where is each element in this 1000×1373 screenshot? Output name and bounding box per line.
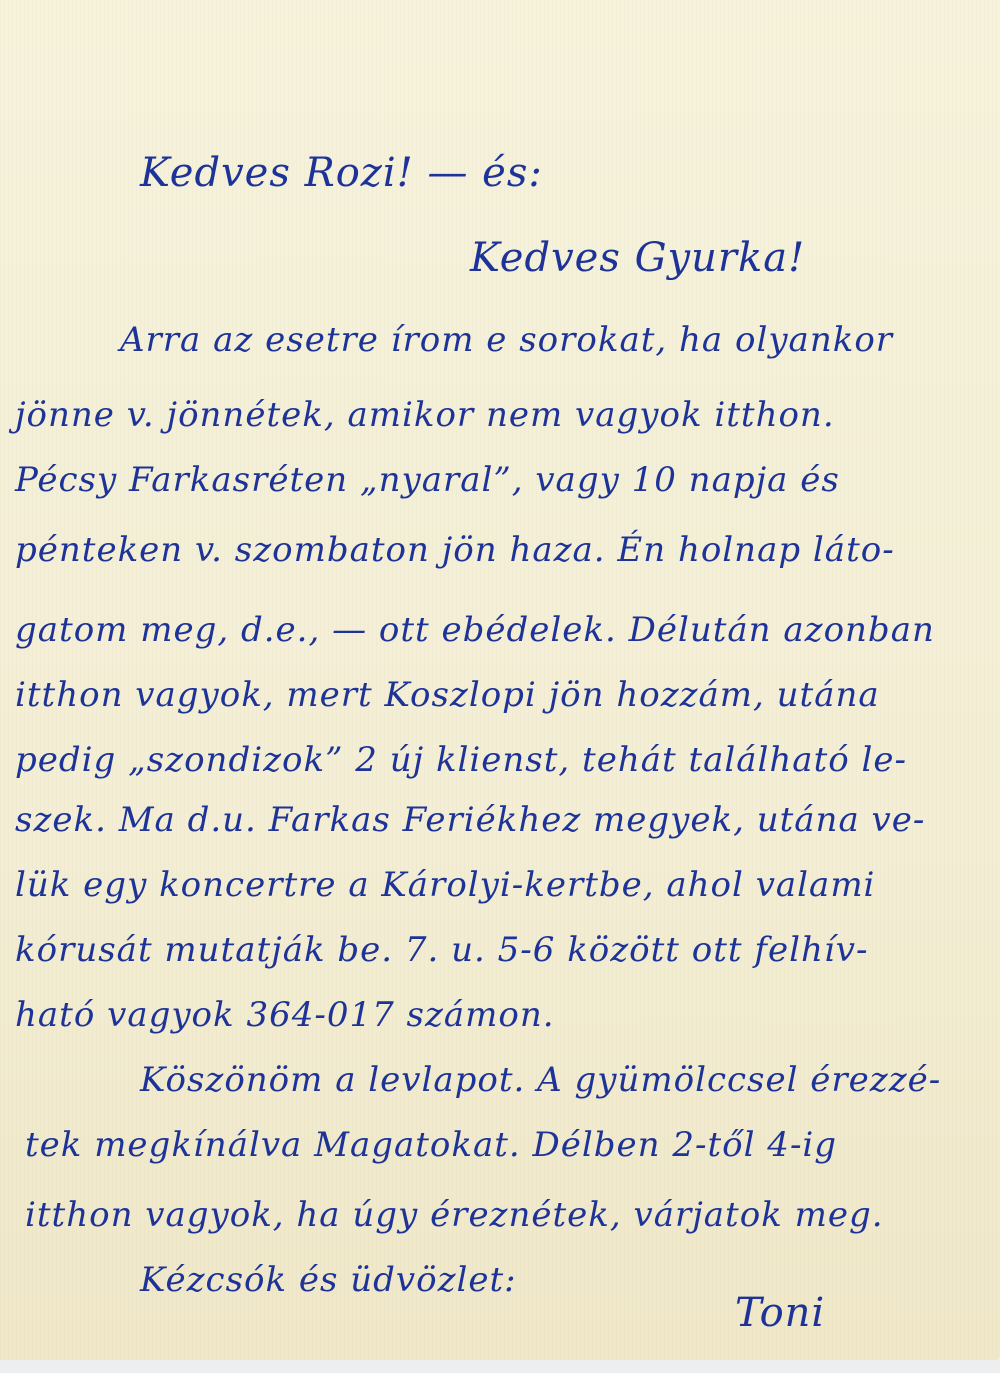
body-line: lük egy koncertre a Károlyi-kertbe, ahol… xyxy=(15,865,875,905)
body-line: Arra az esetre írom e sorokat, ha olyank… xyxy=(120,320,893,360)
salutation-line-1: Kedves Rozi! — és: xyxy=(140,150,543,196)
body-line: jönne v. jönnétek, amikor nem vagyok itt… xyxy=(15,395,835,435)
signature: Toni xyxy=(735,1290,825,1336)
body-line: gatom meg, d.e., — ott ebédelek. Délután… xyxy=(15,610,935,650)
body-line: tek megkínálva Magatokat. Délben 2-től 4… xyxy=(25,1125,837,1165)
body-line: ható vagyok 364-017 számon. xyxy=(15,995,555,1035)
letter-paper: Kedves Rozi! — és: Kedves Gyurka! Arra a… xyxy=(0,0,1000,1360)
closing-line: Kézcsók és üdvözlet: xyxy=(140,1260,517,1300)
body-line: pénteken v. szombaton jön haza. Én holna… xyxy=(15,530,895,570)
body-line: itthon vagyok, mert Koszlopi jön hozzám,… xyxy=(15,675,880,715)
salutation-line-2: Kedves Gyurka! xyxy=(470,235,805,281)
body-line: itthon vagyok, ha úgy éreznétek, várjato… xyxy=(25,1195,884,1235)
body-line: Köszönöm a levlapot. A gyümölccsel érezz… xyxy=(140,1060,941,1100)
body-line: szek. Ma d.u. Farkas Feriékhez megyek, u… xyxy=(15,800,925,840)
body-line: pedig „szondizok” 2 új klienst, tehát ta… xyxy=(15,740,907,780)
body-line: Pécsy Farkasréten „nyaral”, vagy 10 napj… xyxy=(15,460,840,500)
body-line: kórusát mutatják be. 7. u. 5-6 között ot… xyxy=(15,930,868,970)
